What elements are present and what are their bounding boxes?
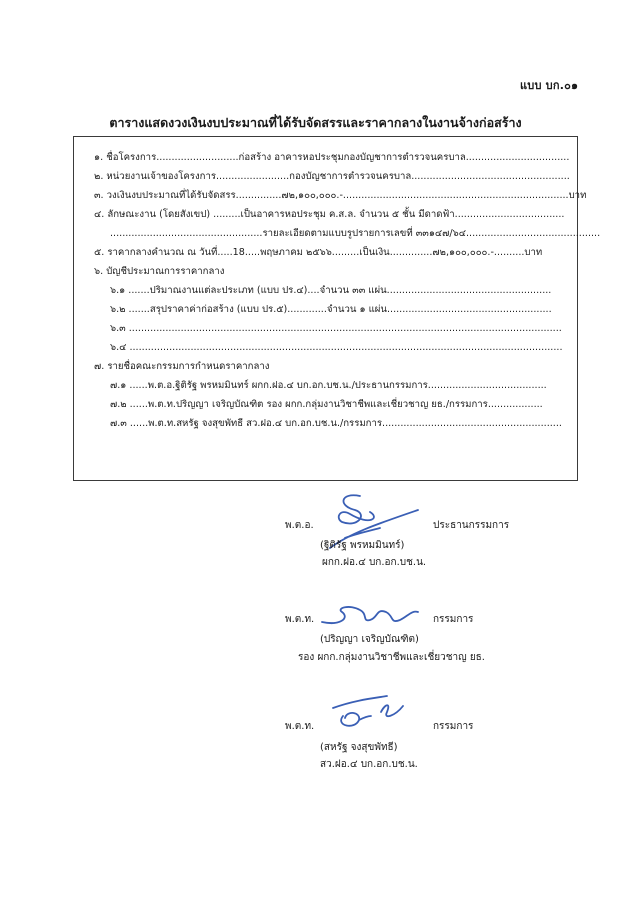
form-code: แบบ บก.๐๑	[520, 76, 578, 94]
item-committee-heading: ๗. รายชื่อคณะกรรมการกำหนดราคากลาง	[94, 360, 269, 374]
signature-mark	[325, 694, 415, 734]
item-committee-7-2: ๗.๒ ......พ.ต.ท.ปริญญา เจริญบัณฑิต รอง ผ…	[110, 398, 543, 412]
item-estimate-6-2: ๖.๒ .......สรุปราคาค่าก่อสร้าง (แบบ ปร.๕…	[110, 303, 552, 317]
item-committee-7-3: ๗.๓ ......พ.ต.ท.สหรัฐ จงสุขพัทธี สว.ฝอ.๔…	[110, 417, 562, 431]
item-estimate-6-3: ๖.๓ ....................................…	[110, 322, 562, 336]
signer-position: ผกก.ฝอ.๔ บก.อก.บช.น.	[322, 555, 426, 571]
item-estimate-6-1: ๖.๑ .......ปริมาณงานแต่ละประเภท (แบบ ปร.…	[110, 284, 551, 298]
document-title: ตารางแสดงวงเงินงบประมาณที่ได้รับจัดสรรแล…	[0, 113, 631, 133]
item-project-name: ๑. ชื่อโครงการ..........................…	[94, 151, 569, 165]
signer-name: (ปริญญา เจริญบัณฑิต)	[320, 632, 419, 648]
item-work-description-detail: ........................................…	[110, 227, 600, 241]
item-committee-7-1: ๗.๑ ......พ.ต.อ.ฐิติรัฐ พรหมมินทร์ ผกก.ฝ…	[110, 379, 547, 393]
signer-position: สว.ฝอ.๔ บก.อก.บช.น.	[320, 757, 418, 773]
signer-role: ประธานกรรมการ	[433, 518, 509, 534]
item-estimate-list-heading: ๖. บัญชีประมาณการราคากลาง	[94, 265, 224, 279]
signer-role: กรรมการ	[433, 719, 473, 735]
budget-info-box: ๑. ชื่อโครงการ..........................…	[73, 136, 578, 481]
signer-name: (สหรัฐ จงสุขพัทธี)	[320, 740, 398, 756]
signer-position: รอง ผกก.กลุ่มงานวิชาชีพและเชี่ยวชาญ ยธ.	[298, 650, 485, 666]
signer-rank: พ.ต.ท.	[285, 719, 314, 735]
signer-rank: พ.ต.ท.	[285, 612, 314, 628]
item-median-price: ๕. ราคากลางคำนวณ ณ วันที่.....18.....พฤษ…	[94, 246, 542, 260]
item-work-description: ๔. ลักษณะงาน (โดยสังเขป) .........เป็นอา…	[94, 208, 564, 222]
signer-name: (ฐิติรัฐ พรหมมินทร์)	[320, 538, 404, 554]
signer-role: กรรมการ	[433, 612, 473, 628]
item-estimate-6-4: ๖.๔ ....................................…	[110, 341, 563, 355]
signature-mark	[320, 600, 420, 630]
item-allocated-budget: ๓. วงเงินงบประมาณที่ได้รับจัดสรร........…	[94, 189, 586, 203]
item-owner-agency: ๒. หน่วยงานเจ้าของโครงการ...............…	[94, 170, 570, 184]
